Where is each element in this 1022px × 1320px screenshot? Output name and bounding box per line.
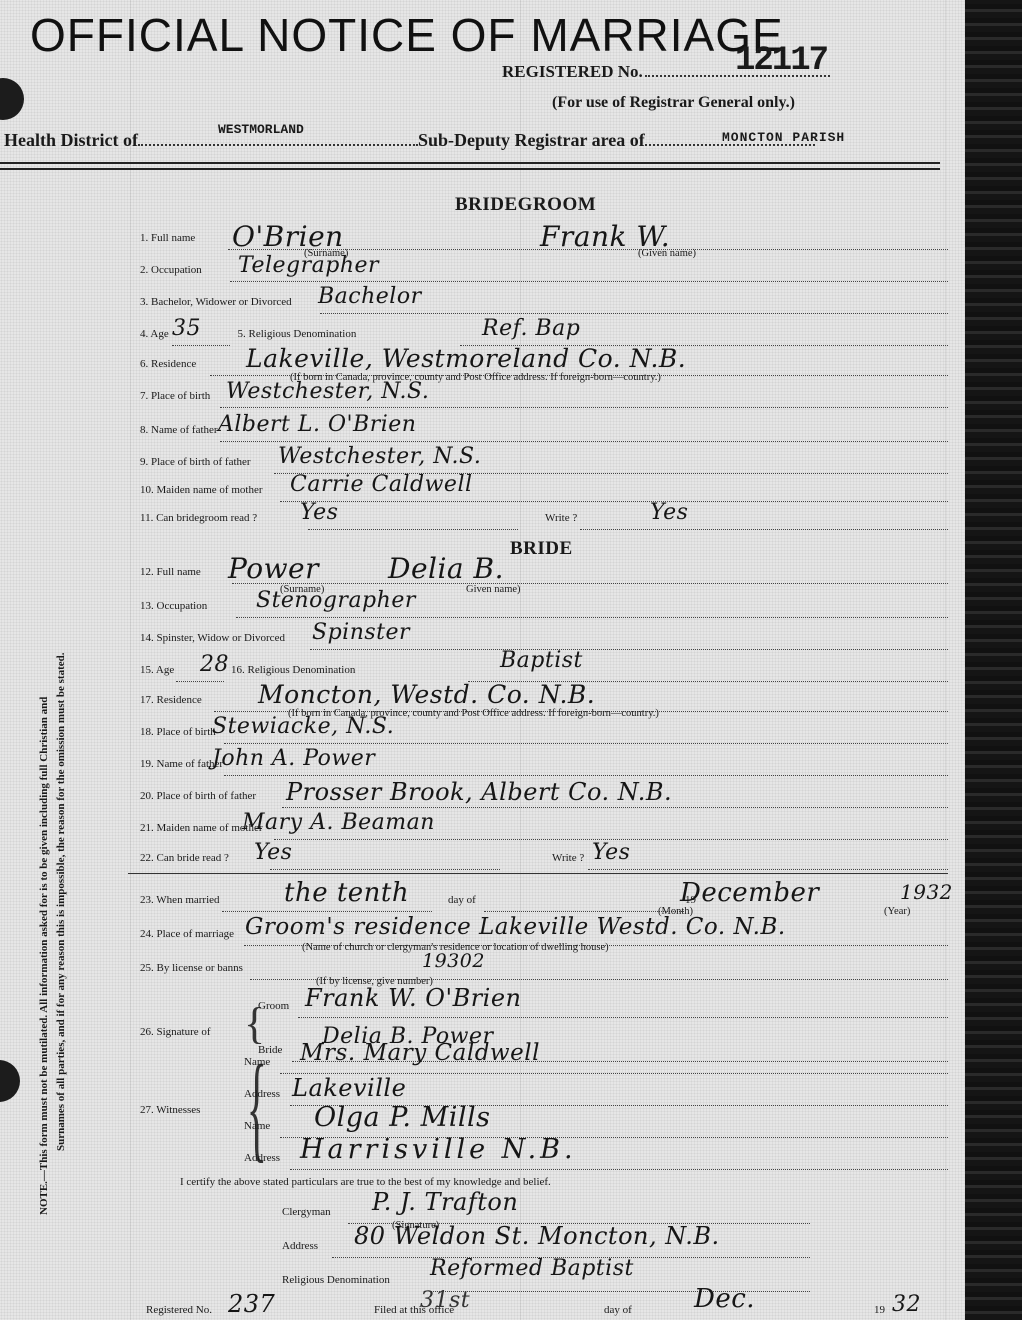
license-number: 19302 <box>422 950 485 972</box>
groom-signature: Frank W. O'Brien <box>305 984 522 1012</box>
witness-1-name: Mrs. Mary Caldwell <box>300 1040 540 1066</box>
bride-can-read: Yes <box>254 840 292 865</box>
marriage-year: 1932 <box>900 880 953 904</box>
bride-father: John A. Power <box>212 746 375 771</box>
bride-father-birthplace-row: 20. Place of birth of father <box>140 790 256 810</box>
clergyman-religion: Reformed Baptist <box>430 1256 634 1281</box>
bride-age: 28 <box>200 652 229 677</box>
field-label: 5. Religious Denomination <box>237 328 356 340</box>
field-label: Name <box>244 1120 270 1132</box>
sub-deputy-value: MONCTON PARISH <box>722 130 845 145</box>
marriage-month: December <box>680 878 819 908</box>
punch-hole <box>0 78 24 120</box>
bridegroom-heading: BRIDEGROOM <box>455 194 596 216</box>
clergyman-row: Clergyman <box>282 1206 331 1226</box>
marriage-day: the tenth <box>284 878 409 908</box>
field-label: Groom <box>258 1000 289 1012</box>
bride-surname: Power <box>228 552 319 585</box>
field-label: 12. Full name <box>140 566 201 578</box>
bride-literacy-row: 22. Can bride read ? Write ? <box>140 852 229 872</box>
punch-hole <box>0 1060 20 1102</box>
field-label: 13. Occupation <box>140 600 207 612</box>
bride-religion: Baptist <box>500 648 583 673</box>
form-side-note: NOTE.—This form must not be mutilated. A… <box>36 653 70 1216</box>
clergyman-religion-row: Religious Denomination <box>282 1274 390 1294</box>
given-name-hint: Given name) <box>466 584 521 595</box>
field-label: 20. Place of birth of father <box>140 790 256 802</box>
field-label: Registered No. <box>146 1304 212 1316</box>
side-note-line-2: Surnames of all parties, and if for any … <box>53 653 70 1216</box>
field-label: 9. Place of birth of father <box>140 456 251 468</box>
bride-status: Spinster <box>312 620 410 645</box>
field-label: 3. Bachelor, Widower or Divorced <box>140 296 292 308</box>
bride-full-name-row: 12. Full name <box>140 566 201 586</box>
groom-occupation: Telegrapher <box>238 253 379 278</box>
field-label: 1. Full name <box>140 232 195 244</box>
clergyman-signature: P. J. Trafton <box>372 1188 518 1216</box>
groom-birthplace-row: 7. Place of birth <box>140 390 210 410</box>
groom-mother: Carrie Caldwell <box>290 472 473 497</box>
bride-birthplace: Stewiacke, N.S. <box>212 714 394 739</box>
scan-edge <box>965 0 1022 1320</box>
place-of-marriage: Groom's residence Lakeville Westd. Co. N… <box>245 914 786 940</box>
witness-1-address-row: Address <box>244 1088 280 1108</box>
header-divider <box>0 162 940 170</box>
footer-filed-day: 31st <box>420 1288 470 1313</box>
bride-given-name: Delia B. <box>388 552 504 585</box>
field-label: 16. Religious Denomination <box>231 664 355 676</box>
groom-signature-row: Groom <box>258 1000 289 1020</box>
footer-registered-number: 237 <box>228 1290 275 1318</box>
signatures-label-row: 26. Signature of <box>140 1026 211 1046</box>
when-married-row: 23. When married day of 19 <box>140 894 220 914</box>
groom-birthplace: Westchester, N.S. <box>226 379 429 404</box>
field-label: 25. By license or banns <box>140 962 243 974</box>
groom-father-birthplace: Westchester, N.S. <box>278 444 481 469</box>
field-label: 15. Age <box>140 664 174 676</box>
field-label: 4. Age <box>140 328 169 340</box>
field-label: 22. Can bride read ? <box>140 852 229 864</box>
given-name-hint: (Given name) <box>638 248 696 259</box>
field-label: 8. Name of father <box>140 424 218 436</box>
groom-religion: Ref. Bap <box>482 316 580 341</box>
field-label: day of <box>604 1304 632 1316</box>
field-label: Write ? <box>552 852 584 864</box>
field-label: Name <box>244 1056 270 1068</box>
place-of-marriage-row: 24. Place of marriage <box>140 928 234 948</box>
form-title: OFFICIAL NOTICE OF MARRIAGE <box>30 8 784 62</box>
bride-occupation-row: 13. Occupation <box>140 600 207 620</box>
bride-father-row: 19. Name of father <box>140 758 223 778</box>
groom-can-write: Yes <box>650 500 688 525</box>
groom-full-name-row: 1. Full name <box>140 232 195 252</box>
field-label: 11. Can bridegroom read ? <box>140 512 257 524</box>
witness-1-address: Lakeville <box>292 1074 406 1102</box>
field-label: 2. Occupation <box>140 264 202 276</box>
bride-residence: Moncton, Westd. Co. N.B. <box>258 680 595 709</box>
marriage-notice-form: OFFICIAL NOTICE OF MARRIAGE REGISTERED N… <box>0 0 965 1320</box>
bride-birthplace-row: 18. Place of birth <box>140 726 216 746</box>
groom-father-birthplace-row: 9. Place of birth of father <box>140 456 251 476</box>
health-district-row: Health District ofSub-Deputy Registrar a… <box>4 130 815 151</box>
section-divider <box>128 873 948 874</box>
field-label: Address <box>244 1152 280 1164</box>
witness-2-address-row: Address <box>244 1152 280 1172</box>
clergyman-address: 80 Weldon St. Moncton, N.B. <box>354 1222 720 1250</box>
groom-residence: Lakeville, Westmoreland Co. N.B. <box>246 344 686 373</box>
field-label: 18. Place of birth <box>140 726 216 738</box>
groom-status-row: 3. Bachelor, Widower or Divorced <box>140 296 292 316</box>
health-district-value: WESTMORLAND <box>218 122 304 137</box>
bride-heading: BRIDE <box>510 538 573 560</box>
footer-row: Registered No. Filed at this office day … <box>146 1304 212 1320</box>
side-note-line-1: NOTE.—This form must not be mutilated. A… <box>36 653 53 1216</box>
registered-number-value: 12117 <box>735 42 827 80</box>
groom-father-row: 8. Name of father <box>140 424 218 444</box>
health-district-label: Health District of <box>4 130 138 150</box>
field-label: day of <box>448 894 476 906</box>
field-label: Clergyman <box>282 1206 331 1218</box>
bride-status-row: 14. Spinster, Widow or Divorced <box>140 632 285 652</box>
witness-2-name: Olga P. Mills <box>314 1102 491 1133</box>
bride-can-write: Yes <box>592 840 630 865</box>
field-label: 19 <box>874 1304 885 1316</box>
witness-1-name-row: Name <box>244 1056 270 1076</box>
groom-age: 35 <box>172 316 201 341</box>
witness-2-name-row: Name <box>244 1120 270 1140</box>
bride-father-birthplace: Prosser Brook, Albert Co. N.B. <box>286 778 672 806</box>
field-label: Write ? <box>545 512 577 524</box>
bride-residence-row: 17. Residence <box>140 694 202 714</box>
registered-number-label: REGISTERED No. <box>502 62 643 81</box>
field-label: 17. Residence <box>140 694 202 706</box>
clergyman-address-row: Address <box>282 1240 318 1260</box>
groom-mother-row: 10. Maiden name of mother <box>140 484 263 504</box>
field-label: Address <box>244 1088 280 1100</box>
field-label: Religious Denomination <box>282 1274 390 1286</box>
groom-residence-row: 6. Residence <box>140 358 196 378</box>
certification-statement: I certify the above stated particulars a… <box>180 1176 551 1188</box>
bride-occupation: Stenographer <box>256 588 416 613</box>
registrar-note: (For use of Registrar General only.) <box>552 94 795 112</box>
bride-mother: Mary A. Beaman <box>242 810 435 835</box>
witnesses-label-row: 27. Witnesses <box>140 1104 200 1124</box>
field-label: 6. Residence <box>140 358 196 370</box>
field-label: 24. Place of marriage <box>140 928 234 940</box>
field-label: 26. Signature of <box>140 1026 211 1038</box>
footer-year: 32 <box>892 1292 921 1317</box>
groom-literacy-row: 11. Can bridegroom read ? Write ? <box>140 512 257 532</box>
field-label: 19. Name of father <box>140 758 223 770</box>
groom-occupation-row: 2. Occupation <box>140 264 202 284</box>
field-label: 27. Witnesses <box>140 1104 200 1116</box>
field-label: Address <box>282 1240 318 1252</box>
field-label: 14. Spinster, Widow or Divorced <box>140 632 285 644</box>
witness-2-address: Harrisville N.B. <box>300 1134 577 1165</box>
groom-can-read: Yes <box>300 500 338 525</box>
license-row: 25. By license or banns <box>140 962 243 982</box>
groom-father: Albert L. O'Brien <box>218 412 416 437</box>
sub-deputy-label: Sub-Deputy Registrar area of <box>418 130 645 150</box>
year-hint: (Year) <box>884 906 910 917</box>
field-label: 7. Place of birth <box>140 390 210 402</box>
groom-status: Bachelor <box>318 284 422 309</box>
field-label: 23. When married <box>140 894 220 906</box>
field-label: 10. Maiden name of mother <box>140 484 263 496</box>
footer-filed-month: Dec. <box>694 1284 755 1314</box>
